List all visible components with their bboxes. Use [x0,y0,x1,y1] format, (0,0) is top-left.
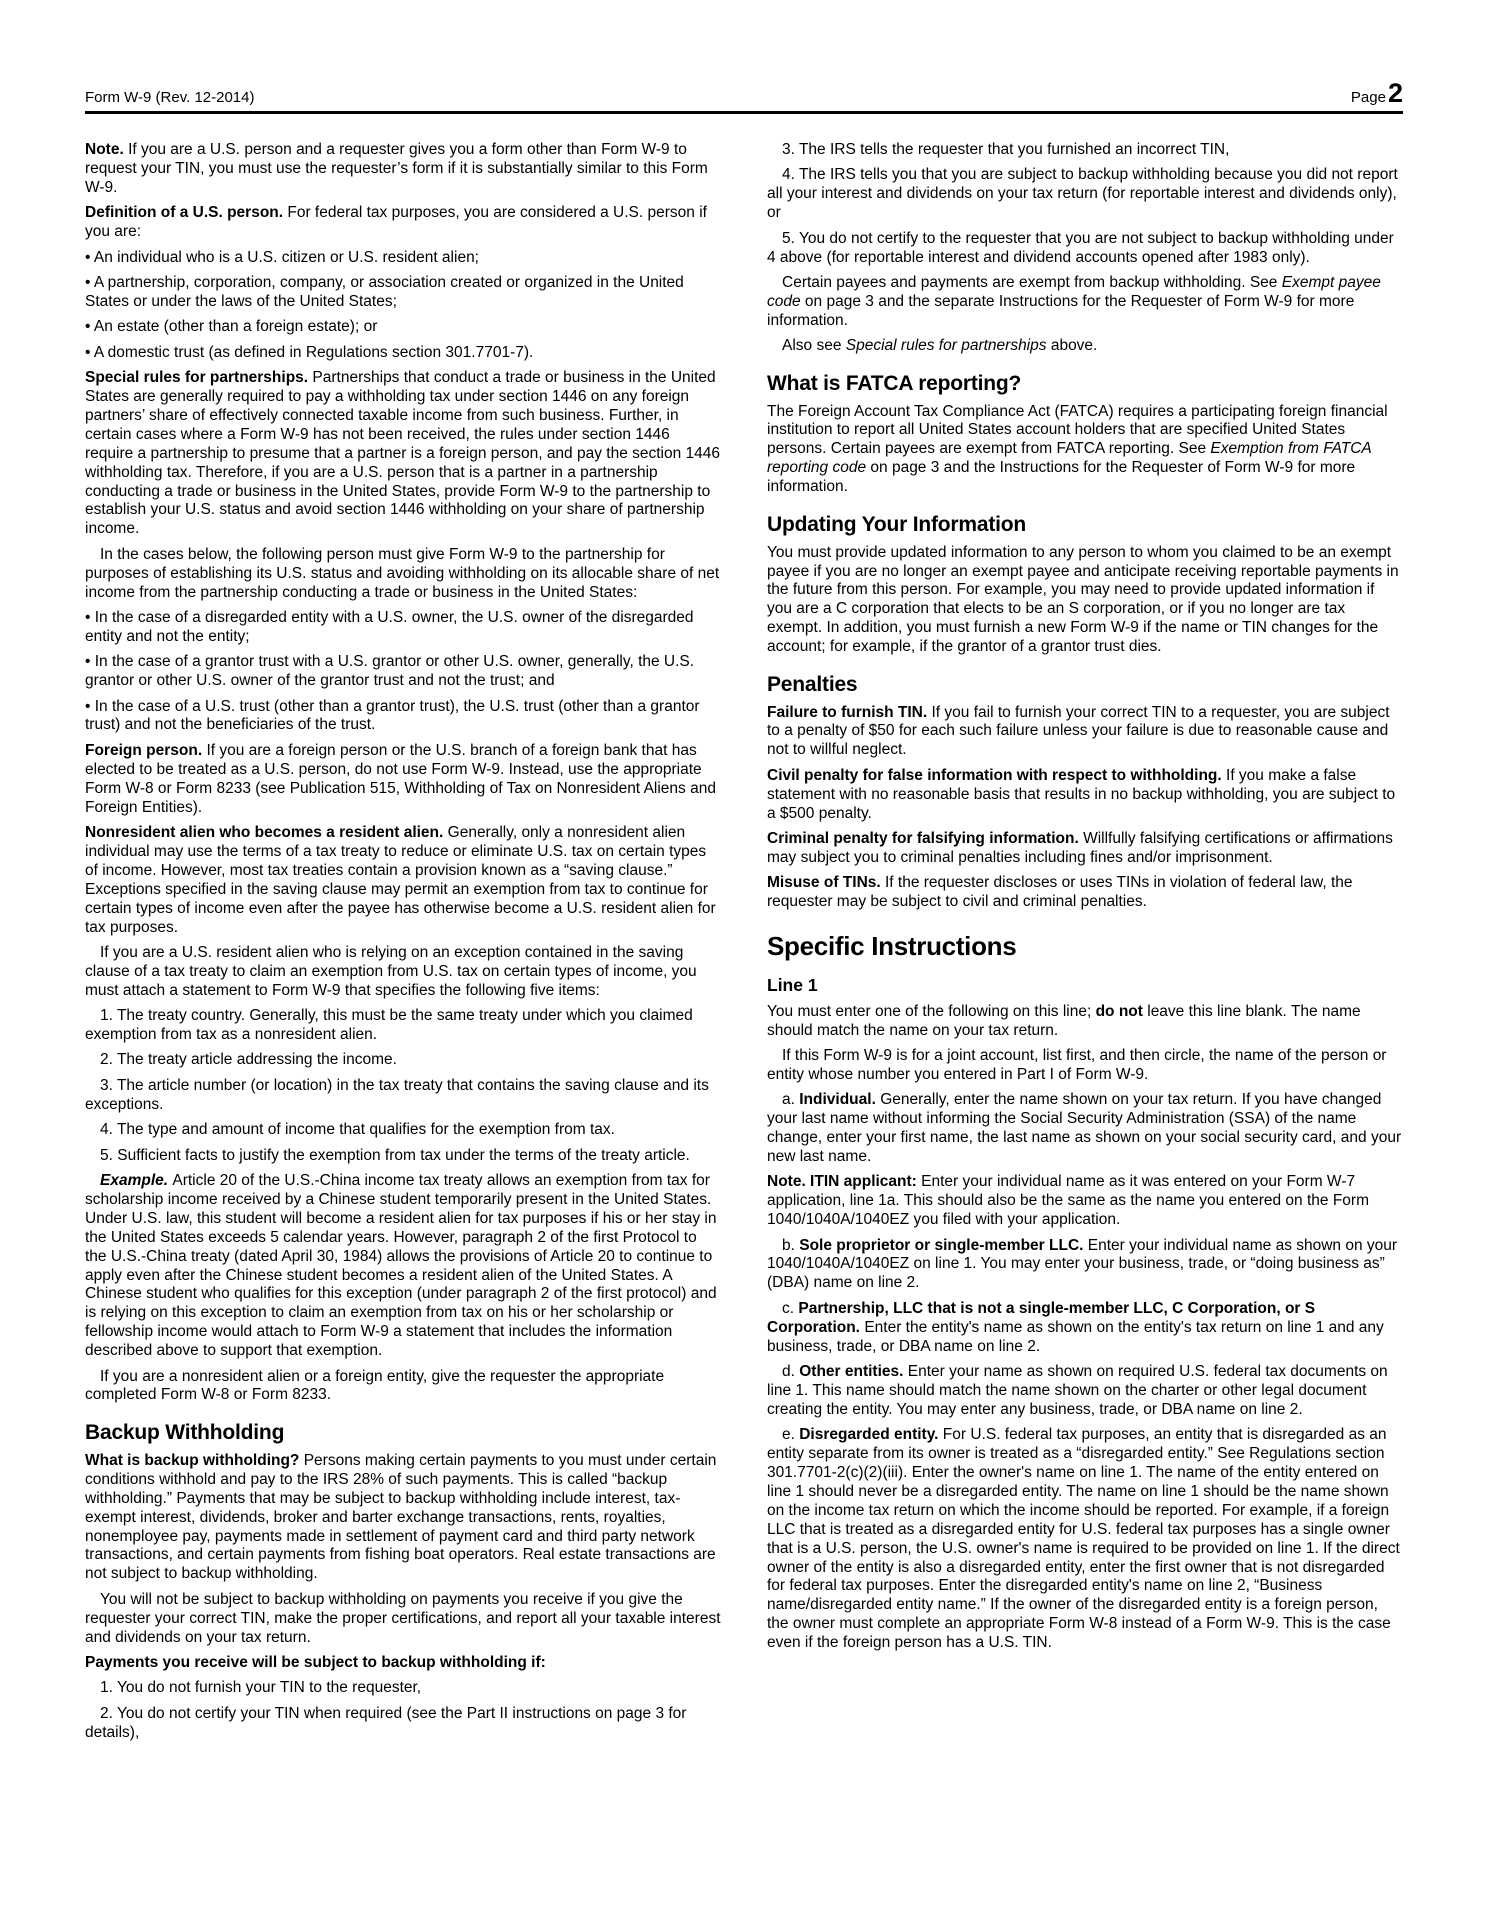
text-run: 3. The article number (or location) in t… [85,1077,709,1113]
bullet-icon: • [85,249,94,266]
text-run: In the case of a disregarded entity with… [85,609,694,645]
paragraph: 1. You do not furnish your TIN to the re… [85,1679,721,1698]
text-run: Disregarded entity. [799,1426,943,1443]
paragraph: d. Other entities. Enter your name as sh… [767,1363,1403,1420]
paragraph: What is backup withholding? Persons maki… [85,1452,721,1584]
text-run: Criminal penalty for falsifying informat… [767,830,1083,847]
paragraph: a. Individual. Generally, enter the name… [767,1091,1403,1167]
text-run: 5. You do not certify to the requester t… [767,230,1394,266]
text-run: An individual who is a U.S. citizen or U… [94,249,479,266]
paragraph: 1. The treaty country. Generally, this m… [85,1007,721,1045]
text-run: If you are a U.S. person and a requester… [85,141,708,196]
paragraph: If this Form W-9 is for a joint account,… [767,1047,1403,1085]
page-label: Page [1351,89,1386,106]
bullet-icon: • [85,653,95,670]
paragraph: If you are a U.S. resident alien who is … [85,944,721,1001]
paragraph: Example. Article 20 of the U.S.-China in… [85,1172,721,1361]
paragraph: Misuse of TINs. If the requester disclos… [767,874,1403,912]
bullet-icon: • [85,698,95,715]
text-run: 1. You do not furnish your TIN to the re… [100,1679,421,1696]
paragraph: Failure to furnish TIN. If you fail to f… [767,704,1403,761]
bullet-item: • In the case of a disregarded entity wi… [85,609,721,647]
heading-what-is-fatca-reporting: What is FATCA reporting? [767,371,1403,396]
paragraph: 4. The type and amount of income that qu… [85,1121,721,1140]
text-run: Failure to furnish TIN. [767,704,931,721]
bullet-item: • In the case of a U.S. trust (other tha… [85,698,721,736]
text-run: 4. The type and amount of income that qu… [100,1121,615,1138]
paragraph: 5. Sufficient facts to justify the exemp… [85,1147,721,1166]
bullet-item: • A domestic trust (as defined in Regula… [85,344,721,363]
text-run: Misuse of TINs. [767,874,885,891]
text-run: 1. The treaty country. Generally, this m… [85,1007,693,1043]
paragraph: You must provide updated information to … [767,544,1403,657]
text-run: Certain payees and payments are exempt f… [782,274,1282,291]
paragraph: 4. The IRS tells you that you are subjec… [767,166,1403,223]
text-run: 2. The treaty article addressing the inc… [100,1051,397,1068]
paragraph: 2. You do not certify your TIN when requ… [85,1705,721,1743]
paragraph: 3. The article number (or location) in t… [85,1077,721,1115]
bullet-icon: • [85,609,95,626]
paragraph: Payments you receive will be subject to … [85,1654,721,1673]
text-run: Individual. [799,1091,880,1108]
paragraph: 5. You do not certify to the requester t… [767,230,1403,268]
text-run: Foreign person. [85,742,206,759]
form-id: Form W-9 (Rev. 12-2014) [85,89,255,106]
bullet-item: • A partnership, corporation, company, o… [85,274,721,312]
document-page: Form W-9 (Rev. 12-2014) Page2 Note. If y… [0,0,1488,1925]
content-columns: Note. If you are a U.S. person and a req… [85,141,1403,1743]
text-run: above. [1047,337,1098,354]
bullet-icon: • [85,274,94,291]
text-run: Article 20 of the U.S.-China income tax … [85,1172,717,1359]
text-run: on page 3 and the separate Instructions … [767,293,1354,329]
text-run: 2. You do not certify your TIN when requ… [85,1705,686,1741]
text-run: Nonresident alien who becomes a resident… [85,824,448,841]
heading-line-1: Line 1 [767,974,1403,996]
paragraph: c. Partnership, LLC that is not a single… [767,1300,1403,1357]
paragraph: Foreign person. If you are a foreign per… [85,742,721,818]
text-run: Sole proprietor or single-member LLC. [799,1237,1088,1254]
text-run: Special rules for partnerships [846,337,1047,354]
paragraph: 2. The treaty article addressing the inc… [85,1051,721,1070]
heading-updating-your-information: Updating Your Information [767,512,1403,537]
paragraph: Criminal penalty for falsifying informat… [767,830,1403,868]
text-run: Persons making certain payments to you m… [85,1452,716,1582]
paragraph: 3. The IRS tells the requester that you … [767,141,1403,160]
text-run: b. [782,1237,799,1254]
paragraph: You will not be subject to backup withho… [85,1591,721,1648]
paragraph: The Foreign Account Tax Compliance Act (… [767,403,1403,498]
text-run: Note. [85,141,128,158]
text-run: e. [782,1426,799,1443]
heading-backup-withholding: Backup Withholding [85,1420,721,1445]
text-run: If you are a U.S. resident alien who is … [85,944,697,999]
text-run: In the case of a grantor trust with a U.… [85,653,694,689]
text-run: a. [782,1091,799,1108]
text-run: c. [782,1300,798,1317]
text-run: What is backup withholding? [85,1452,304,1469]
paragraph: If you are a nonresident alien or a fore… [85,1368,721,1406]
text-run: A domestic trust (as defined in Regulati… [94,344,533,361]
paragraph: b. Sole proprietor or single-member LLC.… [767,1237,1403,1294]
paragraph: Nonresident alien who becomes a resident… [85,824,721,937]
bullet-item: • In the case of a grantor trust with a … [85,653,721,691]
left-column: Note. If you are a U.S. person and a req… [85,141,721,1743]
paragraph: Definition of a U.S. person. For federal… [85,204,721,242]
text-run: Payments you receive will be subject to … [85,1654,546,1671]
text-run: Also see [782,337,846,354]
page-header: Form W-9 (Rev. 12-2014) Page2 [85,0,1403,109]
text-run: If this Form W-9 is for a joint account,… [767,1047,1386,1083]
text-run: Partnerships that conduct a trade or bus… [85,369,720,537]
text-run: Civil penalty for false information with… [767,767,1226,784]
paragraph: Note. If you are a U.S. person and a req… [85,141,721,198]
text-run: Example. [100,1172,172,1189]
text-run: Special rules for partnerships. [85,369,312,386]
paragraph: Civil penalty for false information with… [767,767,1403,824]
text-run: 3. The IRS tells the requester that you … [782,141,1229,158]
heading-penalties: Penalties [767,672,1403,697]
paragraph: Also see Special rules for partnerships … [767,337,1403,356]
paragraph: Note. ITIN applicant: Enter your individ… [767,1173,1403,1230]
bullet-icon: • [85,318,94,335]
paragraph: Certain payees and payments are exempt f… [767,274,1403,331]
text-run: In the cases below, the following person… [85,546,719,601]
header-rule [85,111,1403,114]
text-run: 5. Sufficient facts to justify the exemp… [100,1147,690,1164]
page-number: Page2 [1351,78,1403,109]
text-run: You must provide updated information to … [767,544,1399,656]
text-run: 4. The IRS tells you that you are subjec… [767,166,1398,221]
text-run: If you are a nonresident alien or a fore… [85,1368,664,1404]
text-run: An estate (other than a foreign estate);… [94,318,377,335]
text-run: d. [782,1363,799,1380]
paragraph: e. Disregarded entity. For U.S. federal … [767,1426,1403,1653]
text-run: do not [1096,1003,1143,1020]
bullet-item: • An estate (other than a foreign estate… [85,318,721,337]
text-run: Note. ITIN applicant: [767,1173,921,1190]
text-run: You must enter one of the following on t… [767,1003,1096,1020]
text-run: Other entities. [799,1363,908,1380]
text-run: You will not be subject to backup withho… [85,1591,721,1646]
text-run: Definition of a U.S. person. [85,204,287,221]
text-run: In the case of a U.S. trust (other than … [85,698,700,734]
heading-specific-instructions: Specific Instructions [767,931,1403,961]
bullet-icon: • [85,344,94,361]
text-run: A partnership, corporation, company, or … [85,274,684,310]
paragraph: Special rules for partnerships. Partners… [85,369,721,539]
paragraph: In the cases below, the following person… [85,546,721,603]
page-number-value: 2 [1388,78,1403,108]
right-column: 3. The IRS tells the requester that you … [767,141,1403,1743]
paragraph: You must enter one of the following on t… [767,1003,1403,1041]
text-run: For U.S. federal tax purposes, an entity… [767,1426,1400,1651]
bullet-item: • An individual who is a U.S. citizen or… [85,249,721,268]
